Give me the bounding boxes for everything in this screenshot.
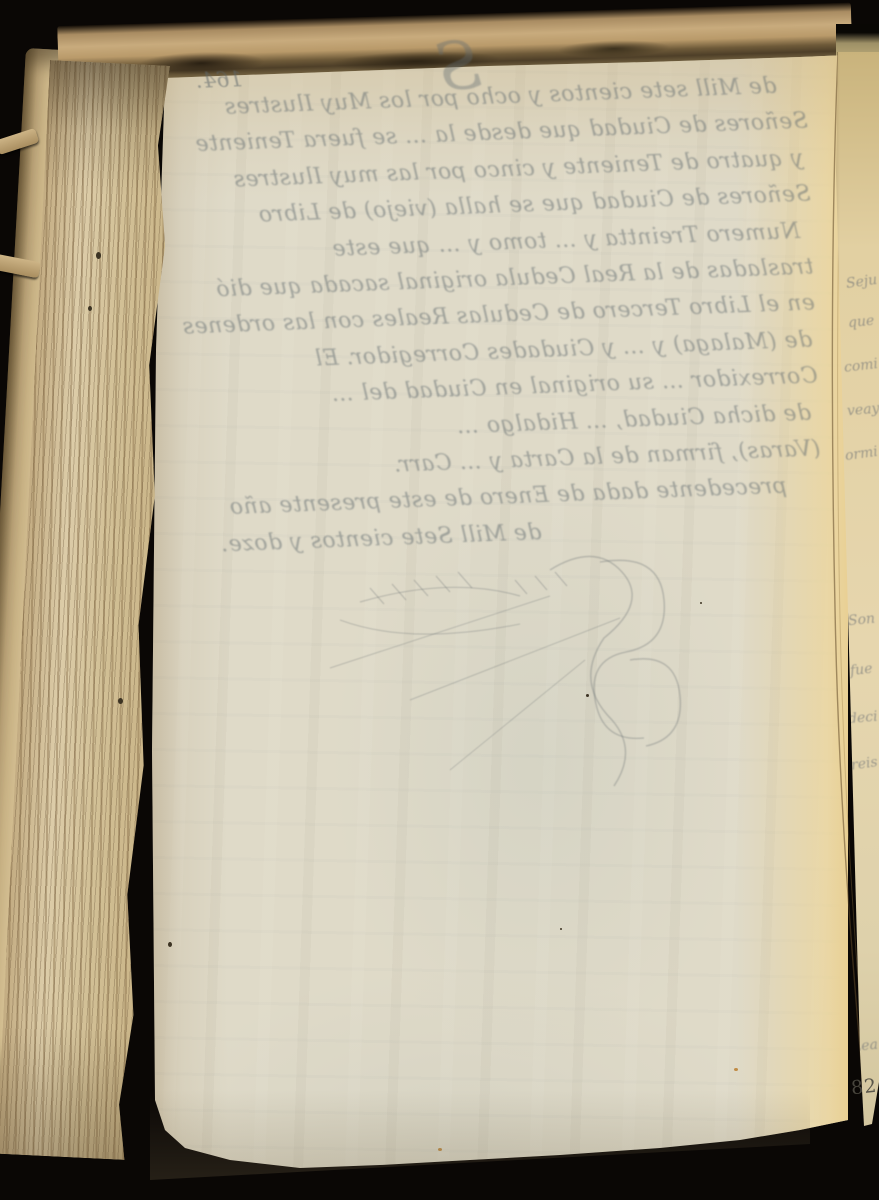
ghost-signature-flourish	[300, 540, 720, 840]
fox-spot	[438, 1148, 442, 1151]
next-leaf-text: ormi	[844, 444, 879, 464]
next-leaf-text: que	[847, 313, 875, 332]
paper-speck	[88, 306, 92, 311]
fox-spot	[734, 1068, 738, 1071]
paper-speck	[118, 698, 123, 704]
paper-speck	[96, 252, 101, 259]
next-leaf-text: fue	[849, 661, 873, 680]
next-leaf-text: reis	[850, 754, 879, 774]
page-number-stamp: 82	[850, 1075, 878, 1100]
paper-speck	[168, 942, 172, 947]
manuscript-photo: S 164. de Mill sete cientos y ocho por l…	[0, 0, 879, 1200]
next-leaf-text: Son	[847, 611, 876, 630]
next-leaf-text: Seju	[845, 272, 878, 292]
next-leaf-text: veay	[846, 401, 879, 420]
next-leaf-text: comi	[843, 356, 879, 376]
paper-speck	[560, 928, 562, 930]
next-leaf-text: deci	[847, 709, 878, 728]
ghost-text-block: de Mill sete cientos y ocho por los Muy …	[158, 68, 824, 566]
